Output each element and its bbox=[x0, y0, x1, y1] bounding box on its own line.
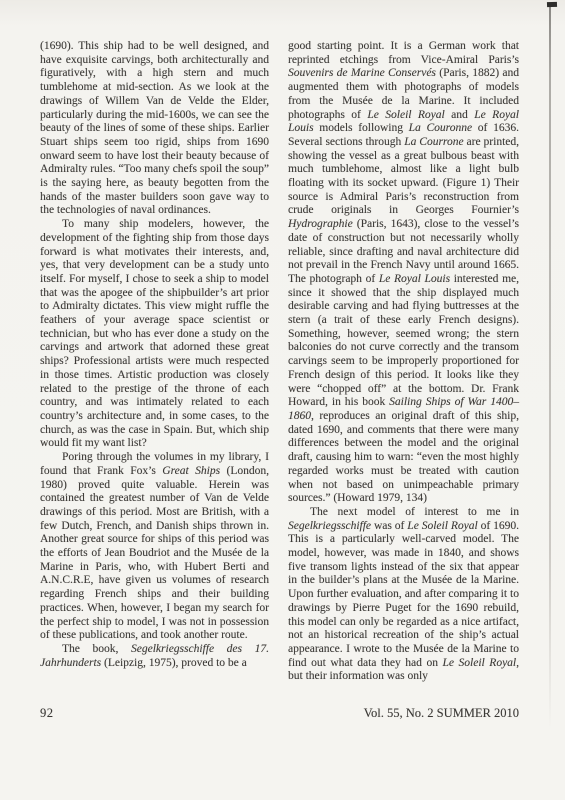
paragraph: The book, Segelkriegsschiffe des 17. Jah… bbox=[40, 643, 269, 670]
paragraph: (1690). This ship had to be well designe… bbox=[40, 40, 269, 218]
paragraph: To many ship modelers, however, the deve… bbox=[40, 218, 269, 451]
page-edge-shadow bbox=[549, 7, 551, 729]
left-text-column: (1690). This ship had to be well designe… bbox=[40, 40, 269, 670]
paragraph: good starting point. It is a German work… bbox=[288, 40, 519, 506]
paragraph: Poring through the volumes in my library… bbox=[40, 451, 269, 643]
scanned-page: (1690). This ship had to be well designe… bbox=[0, 0, 565, 800]
footer-page-number: 92 bbox=[40, 706, 54, 721]
paragraph: The next model of interest to me in Sege… bbox=[288, 506, 519, 684]
scan-corner-mark bbox=[547, 2, 557, 7]
footer-issue-line: Vol. 55, No. 2 SUMMER 2010 bbox=[288, 706, 519, 721]
right-text-column: good starting point. It is a German work… bbox=[288, 40, 519, 684]
